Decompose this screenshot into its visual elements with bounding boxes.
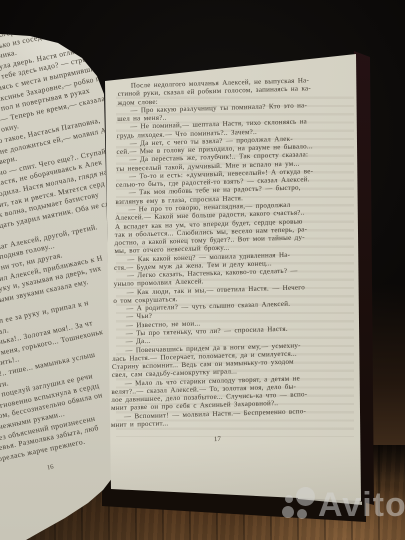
right-page-number: 17 [214, 436, 221, 443]
avito-watermark-label: Avito [318, 484, 405, 526]
open-book-photo: догоравшую в небе зарю. Быллько из сосед… [0, 0, 405, 540]
right-page-text: После недолгого молчанья Алексей, не вып… [111, 82, 358, 429]
left-page-number: 16 [46, 463, 54, 471]
avito-watermark: Avito [281, 484, 405, 526]
avito-logo-icon [281, 484, 318, 526]
